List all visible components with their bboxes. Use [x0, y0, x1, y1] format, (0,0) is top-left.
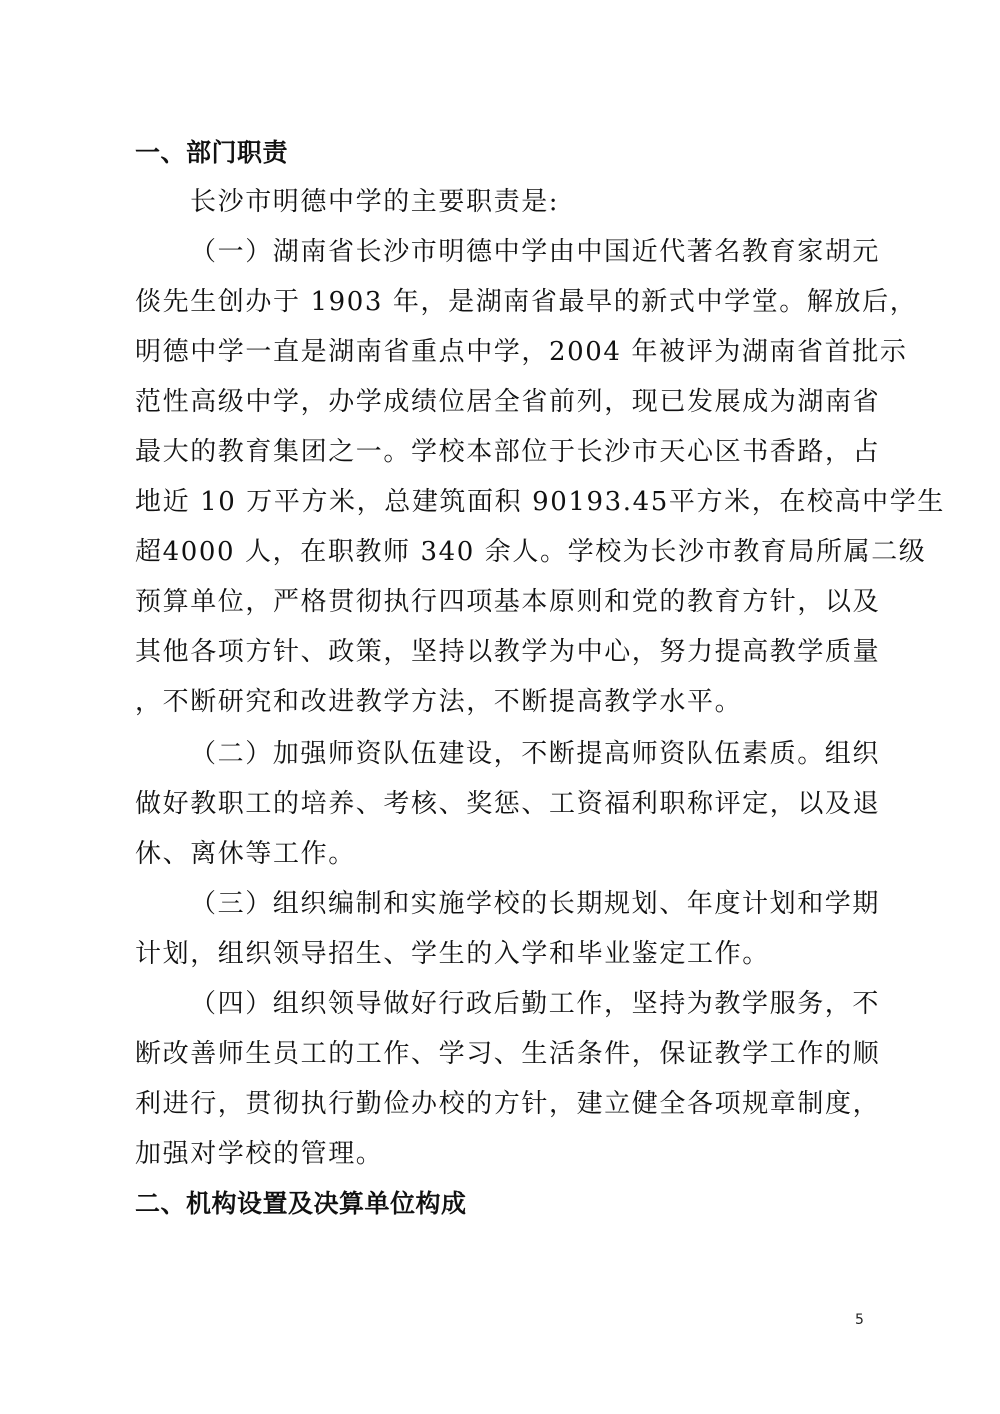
paragraph-line: 断改善师生员工的工作、学习、生活条件，保证教学工作的顺 [135, 1039, 867, 1069]
paragraph-line: 其他各项方针、政策，坚持以教学为中心，努力提高教学质量 [135, 637, 867, 667]
paragraph-line: ，不断研究和改进教学方法，不断提高教学水平。 [135, 687, 867, 717]
paragraph-line: 利进行，贯彻执行勤俭办校的方针，建立健全各项规章制度， [135, 1089, 867, 1119]
document-page: 一、部门职责 长沙市明德中学的主要职责是: （一）湖南省长沙市明德中学由中国近代… [0, 0, 1000, 1414]
paragraph-line: 地近 10 万平方米，总建筑面积 90193.45平方米，在校高中学生 [135, 487, 867, 517]
paragraph-line: 加强对学校的管理。 [135, 1139, 867, 1169]
paragraph-line: 预算单位，严格贯彻执行四项基本原则和党的教育方针，以及 [135, 587, 867, 617]
page-number: 5 [855, 1312, 864, 1328]
section-intro: 长沙市明德中学的主要职责是: [190, 187, 867, 217]
paragraph-line: 休、离休等工作。 [135, 839, 867, 869]
paragraph-line: （一）湖南省长沙市明德中学由中国近代著名教育家胡元 [190, 237, 867, 267]
paragraph-line: 计划，组织领导招生、学生的入学和毕业鉴定工作。 [135, 939, 867, 969]
paragraph-line: （二）加强师资队伍建设，不断提高师资队伍素质。组织 [190, 739, 867, 769]
paragraph-line: 范性高级中学，办学成绩位居全省前列，现已发展成为湖南省 [135, 387, 867, 417]
paragraph-line: （四）组织领导做好行政后勤工作，坚持为教学服务，不 [190, 989, 867, 1019]
paragraph-line: 倓先生创办于 1903 年，是湖南省最早的新式中学堂。解放后， [135, 287, 867, 317]
section-heading-1: 一、部门职责 [135, 138, 867, 168]
paragraph-line: （三）组织编制和实施学校的长期规划、年度计划和学期 [190, 889, 867, 919]
paragraph-line: 明德中学一直是湖南省重点中学，2004 年被评为湖南省首批示 [135, 337, 867, 367]
paragraph-line: 最大的教育集团之一。学校本部位于长沙市天心区书香路，占 [135, 437, 867, 467]
paragraph-line: 做好教职工的培养、考核、奖惩、工资福利职称评定，以及退 [135, 789, 867, 819]
paragraph-line: 超4000 人，在职教师 340 余人。学校为长沙市教育局所属二级 [135, 537, 867, 567]
section-heading-2: 二、机构设置及决算单位构成 [135, 1189, 867, 1219]
